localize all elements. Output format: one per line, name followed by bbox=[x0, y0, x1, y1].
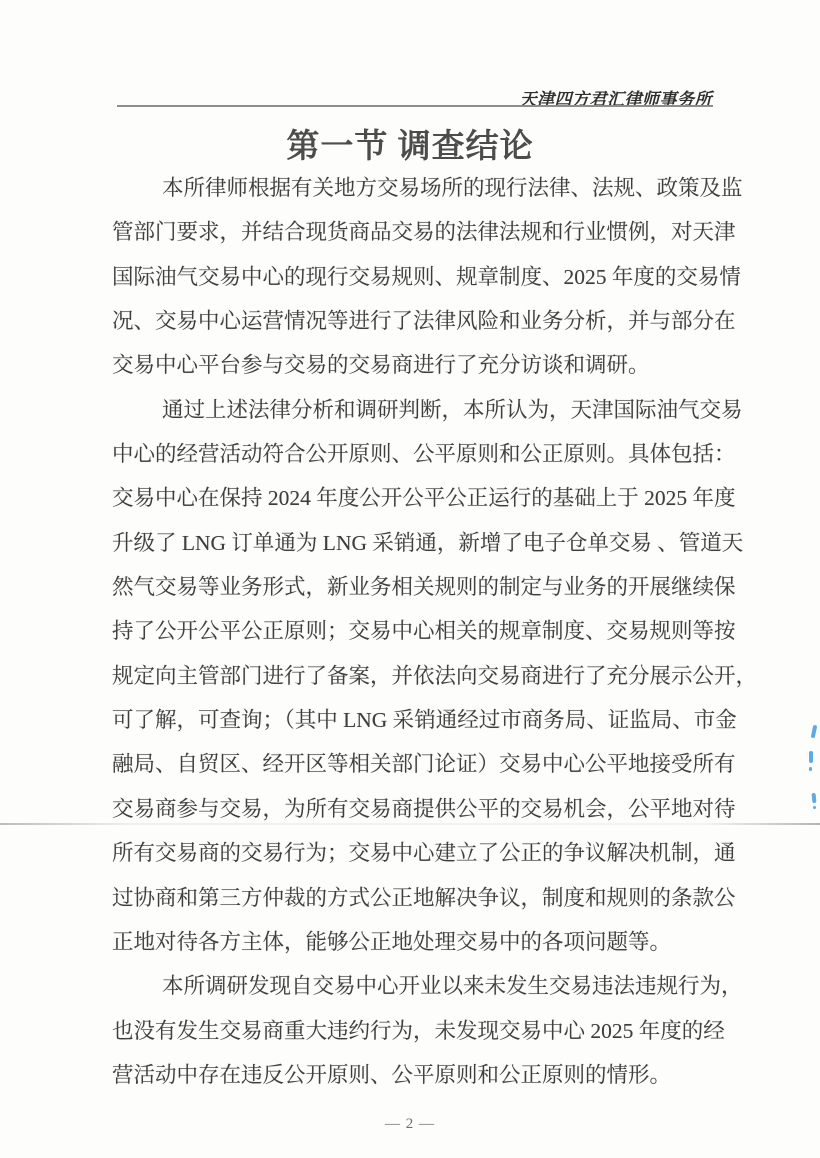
text-line: 然气交易等业务形式，新业务相关规则的制定与业务的开展继续保 bbox=[112, 565, 706, 609]
text-line: 交易中心在保持 2024 年度公开公平公正运行的基础上于 2025 年度 bbox=[112, 476, 706, 520]
text-line: 规定向主管部门进行了备案，并依法向交易商进行了充分展示公开， bbox=[112, 654, 706, 698]
text-line: 本所调研发现自交易中心开业以来未发生交易违法违规行为， bbox=[112, 964, 706, 1008]
text-line: 所有交易商的交易行为；交易中心建立了公正的争议解决机制，通 bbox=[112, 831, 706, 875]
page-number: — 2 — bbox=[0, 1116, 820, 1133]
paragraph: 本所律师根据有关地方交易场所的现行法律、法规、政策及监 管部门要求，并结合现货商… bbox=[112, 166, 706, 388]
text-line: 升级了 LNG 订单通为 LNG 采销通，新增了电子仓单交易 、管道天 bbox=[112, 521, 706, 565]
text-line: 营活动中存在违反公开原则、公平原则和公正原则的情形。 bbox=[112, 1053, 706, 1097]
ink-mark bbox=[809, 751, 813, 763]
text-line: 交易中心平台参与交易的交易商进行了充分访谈和调研。 bbox=[112, 343, 706, 387]
paragraph: 本所调研发现自交易中心开业以来未发生交易违法违规行为， 也没有发生交易商重大违约… bbox=[112, 964, 706, 1097]
text-line: 况、交易中心运营情况等进行了法律风险和业务分析，并与部分在 bbox=[112, 299, 706, 343]
text-line: 管部门要求，并结合现货商品交易的法律法规和行业惯例，对天津 bbox=[112, 210, 706, 254]
text-line: 国际油气交易中心的现行交易规则、规章制度、2025 年度的交易情 bbox=[112, 255, 706, 299]
ink-mark bbox=[811, 725, 818, 739]
document-page: 天津四方君汇律师事务所 第一节 调查结论 本所律师根据有关地方交易场所的现行法律… bbox=[0, 0, 820, 1158]
ink-mark bbox=[809, 767, 812, 771]
ink-mark bbox=[813, 806, 816, 809]
section-title: 第一节 调查结论 bbox=[0, 120, 820, 167]
text-line: 可了解，可查询；（其中 LNG 采销通经过市商务局、证监局、市金 bbox=[112, 698, 706, 742]
body-text: 本所律师根据有关地方交易场所的现行法律、法规、政策及监 管部门要求，并结合现货商… bbox=[112, 166, 706, 1097]
scan-line-artifact bbox=[0, 823, 820, 825]
text-line: 持了公开公平公正原则；交易中心相关的规章制度、交易规则等按 bbox=[112, 609, 706, 653]
header-rule bbox=[117, 105, 713, 107]
text-line: 本所律师根据有关地方交易场所的现行法律、法规、政策及监 bbox=[112, 166, 706, 210]
text-line: 过协商和第三方仲裁的方式公正地解决争议，制度和规则的条款公 bbox=[112, 876, 706, 920]
text-line: 通过上述法律分析和调研判断，本所认为，天津国际油气交易 bbox=[112, 388, 706, 432]
ink-mark bbox=[811, 793, 816, 803]
text-line: 正地对待各方主体，能够公正地处理交易中的各项问题等。 bbox=[112, 920, 706, 964]
text-line: 融局、自贸区、经开区等相关部门论证）交易中心公平地接受所有 bbox=[112, 742, 706, 786]
text-line: 中心的经营活动符合公开原则、公平原则和公正原则。具体包括： bbox=[112, 432, 706, 476]
text-line: 也没有发生交易商重大违约行为，未发现交易中心 2025 年度的经 bbox=[112, 1009, 706, 1053]
paragraph: 通过上述法律分析和调研判断，本所认为，天津国际油气交易 中心的经营活动符合公开原… bbox=[112, 388, 706, 964]
